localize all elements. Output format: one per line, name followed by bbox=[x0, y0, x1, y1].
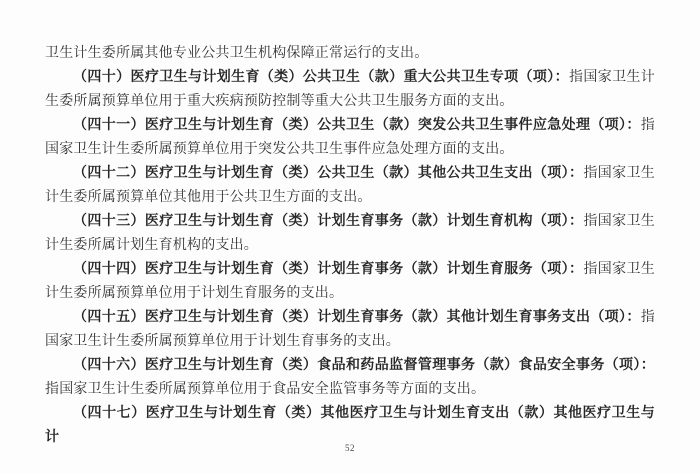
paragraph-heading: （四十六）医疗卫生与计划生育（类）食品和药品监督管理事务（款）食品安全事务（项）… bbox=[73, 358, 655, 373]
paragraph-heading: （四十四）医疗卫生与计划生育（类）计划生育事务（款）计划生育服务（项）： bbox=[73, 262, 583, 277]
paragraph-heading: （四十七）医疗卫生与计划生育（类）其他医疗卫生与计划生育支出（款）其他医疗卫生与… bbox=[45, 406, 655, 445]
paragraph-text: 指国家卫生计生委所属预算单位用于食品安全监管事务等方面的支出。 bbox=[45, 382, 485, 397]
paragraph-item-45: （四十五）医疗卫生与计划生育（类）计划生育事务（款）其他计划生育事务支出（项）：… bbox=[45, 306, 655, 354]
paragraph-text: 卫生计生委所属其他专业公共卫生机构保障正常运行的支出。 bbox=[45, 46, 428, 61]
paragraph-heading: （四十三）医疗卫生与计划生育（类）计划生育事务（款）计划生育机构（项）： bbox=[73, 214, 583, 229]
paragraph-item-41: （四十一）医疗卫生与计划生育（类）公共卫生（款）突发公共卫生事件应急处理（项）：… bbox=[45, 114, 655, 162]
paragraph-item-40: （四十）医疗卫生与计划生育（类）公共卫生（款）重大公共卫生专项（项）：指国家卫生… bbox=[45, 66, 655, 114]
paragraph-item-43: （四十三）医疗卫生与计划生育（类）计划生育事务（款）计划生育机构（项）：指国家卫… bbox=[45, 210, 655, 258]
document-page: 卫生计生委所属其他专业公共卫生机构保障正常运行的支出。 （四十）医疗卫生与计划生… bbox=[0, 0, 700, 474]
paragraph-heading: （四十二）医疗卫生与计划生育（类）公共卫生（款）其他公共卫生支出（项）： bbox=[73, 166, 583, 181]
paragraph-continuation: 卫生计生委所属其他专业公共卫生机构保障正常运行的支出。 bbox=[45, 42, 655, 66]
paragraph-heading: （四十一）医疗卫生与计划生育（类）公共卫生（款）突发公共卫生事件应急处理（项）： bbox=[73, 118, 641, 133]
document-body: 卫生计生委所属其他专业公共卫生机构保障正常运行的支出。 （四十）医疗卫生与计划生… bbox=[45, 0, 655, 450]
paragraph-heading: （四十五）医疗卫生与计划生育（类）计划生育事务（款）其他计划生育事务支出（项）： bbox=[73, 310, 641, 325]
paragraph-item-42: （四十二）医疗卫生与计划生育（类）公共卫生（款）其他公共卫生支出（项）：指国家卫… bbox=[45, 162, 655, 210]
paragraph-item-46: （四十六）医疗卫生与计划生育（类）食品和药品监督管理事务（款）食品安全事务（项）… bbox=[45, 354, 655, 402]
page-number: 52 bbox=[0, 443, 700, 453]
paragraph-item-44: （四十四）医疗卫生与计划生育（类）计划生育事务（款）计划生育服务（项）：指国家卫… bbox=[45, 258, 655, 306]
paragraph-heading: （四十）医疗卫生与计划生育（类）公共卫生（款）重大公共卫生专项（项）： bbox=[73, 70, 569, 85]
